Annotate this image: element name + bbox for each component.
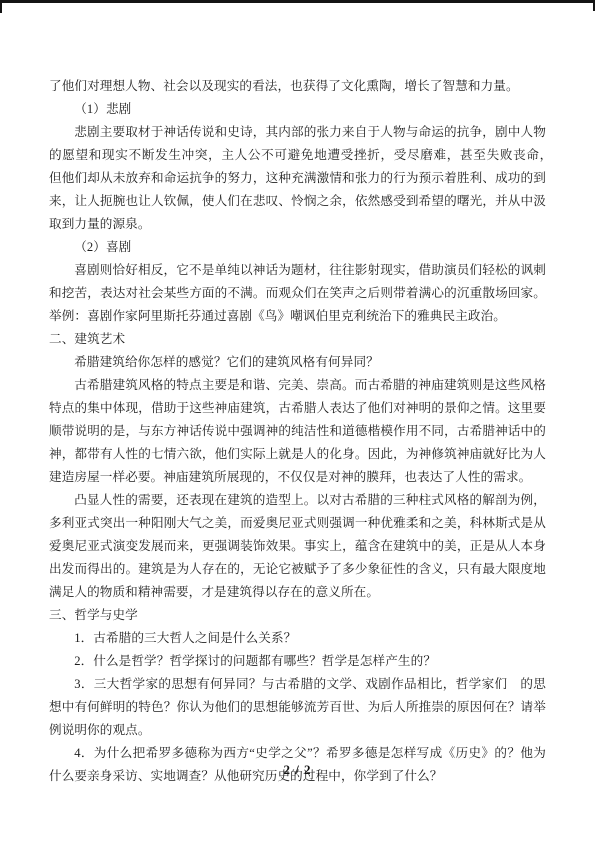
- body-paragraph-tragedy: 悲剧主要取材于神话传说和史诗，其内部的张力来自于人物与命运的抗争，剧中人物的愿望…: [49, 121, 546, 236]
- list-item-question-1: 1．古希腊的三大哲人之间是什么关系？: [49, 627, 546, 650]
- body-paragraph-architecture-question: 希腊建筑给你怎样的感觉？它们的建筑风格有何异同？: [49, 351, 546, 374]
- list-item-question-2: 2．什么是哲学？哲学探讨的问题都有哪些？哲学是怎样产生的？: [49, 650, 546, 673]
- page-left-edge: [0, 0, 2, 13]
- list-item-question-3: 3．三大哲学家的思想有何异同？与古希腊的文学、戏剧作品相比，哲学家们 的思想中有…: [49, 673, 546, 742]
- body-paragraph-architecture-humanity: 凸显人性的需要，还表现在建筑的造型上。以对古希腊的三种柱式风格的解剖为例，多利亚…: [49, 489, 546, 604]
- section-heading-architecture: 二、建筑艺术: [49, 328, 546, 351]
- body-paragraph-architecture-style: 古希腊建筑风格的特点主要是和谐、完美、崇高。而古希腊的神庙建筑则是这些风格特点的…: [49, 374, 546, 489]
- sublabel-tragedy: （1）悲剧: [49, 98, 546, 121]
- document-body: 了他们对理想人物、社会以及现实的看法，也获得了文化熏陶，增长了智慧和力量。 （1…: [49, 75, 546, 788]
- page-top-border: [0, 0, 595, 3]
- document-page: 了他们对理想人物、社会以及现实的看法，也获得了文化熏陶，增长了智慧和力量。 （1…: [0, 0, 595, 841]
- page-number: 2 / 2: [0, 762, 595, 778]
- sublabel-comedy: （2）喜剧: [49, 236, 546, 259]
- section-heading-philosophy-history: 三、哲学与史学: [49, 604, 546, 627]
- body-paragraph-comedy: 喜剧则恰好相反，它不是单纯以神话为题材，往往影射现实，借助演员们轻松的讽刺和挖苦…: [49, 259, 546, 328]
- body-paragraph-continuation: 了他们对理想人物、社会以及现实的看法，也获得了文化熏陶，增长了智慧和力量。: [49, 75, 546, 98]
